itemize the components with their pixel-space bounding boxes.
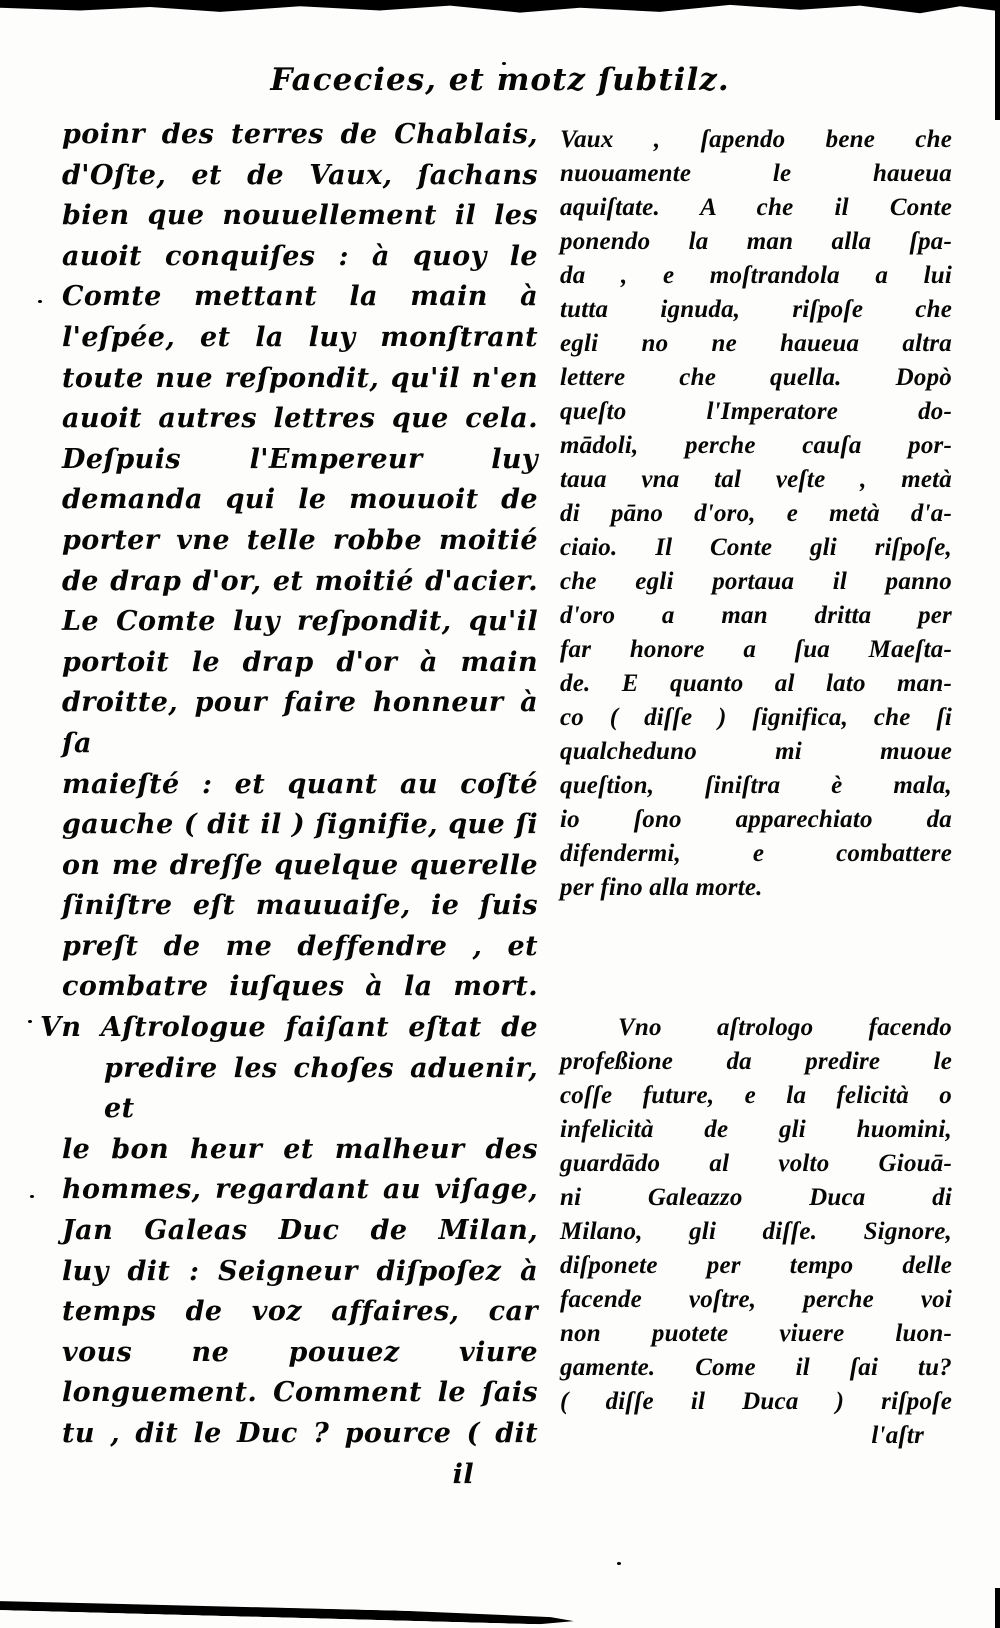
french-text-line: Comte mettant la main à [62, 277, 538, 318]
italian-lines: Vaux , ſapendo bene che nuouamente le ha… [560, 123, 952, 1419]
italian-text-line: coſſe future, e la felicità o [560, 1079, 952, 1113]
italian-text-line: di pāno d'oro, e metà d'a- [560, 497, 952, 531]
french-text-line: demanda qui le mouuoit de [62, 480, 538, 521]
italian-text-line: far honore a ſua Maeſta- [560, 633, 952, 667]
italian-text-line: guardādo al volto Giouā- [560, 1147, 952, 1181]
italian-text-line: aquiſtate. A che il Conte [560, 191, 952, 225]
ink-speck [617, 1562, 621, 1565]
italian-text-line: co ( diſſe ) ſignifica, che ſi [560, 701, 952, 735]
french-text-line: tu , dit le Duc ? pource ( dit [62, 1414, 538, 1455]
scan-right-edge-artifact-bottom [995, 1588, 1000, 1628]
scan-bottom-streak-artifact [0, 1600, 574, 1625]
french-text-line: auoit autres lettres que cela. [62, 399, 538, 440]
italian-text-line: qualcheduno mi muoue [560, 735, 952, 769]
italian-text-line: Milano, gli diſſe. Signore, [560, 1215, 952, 1249]
italian-text-line: queſtion, ſiniſtra è mala, [560, 769, 952, 803]
italian-text-line: egli no ne haueua altra [560, 327, 952, 361]
french-text-line: maieſté : et quant au coſté [62, 765, 538, 806]
french-text-line: hommes, regardant au viſage, [62, 1170, 538, 1211]
french-text-line: auoit conquiſes : à quoy le [62, 237, 538, 278]
italian-text-line: io ſono apparechiato da [560, 803, 952, 837]
italian-text-line: da , e moſtrandola a lui [560, 259, 952, 293]
french-text-line: longuement. Comment le ſais [62, 1373, 538, 1414]
italian-text-line: profeßione da predire le [560, 1045, 952, 1079]
french-text-line: bien que nouuellement il les [62, 196, 538, 237]
italian-text-line: ( diſſe il Duca ) riſpoſe [560, 1385, 952, 1419]
italian-text-line: Vno aſtrologo facendo [560, 1011, 952, 1045]
scan-top-edge-artifact [0, 0, 1000, 14]
french-text-line: temps de voz affaires, car [62, 1292, 538, 1333]
french-text-line: porter vne telle robbe moitié [62, 521, 538, 562]
french-lines: poinr des terres de Chablais, d'Oſte, et… [62, 115, 538, 1455]
italian-text-line: mādoli, perche cauſa por- [560, 429, 952, 463]
french-text-line: predire les choſes aduenir, et [62, 1049, 538, 1130]
italian-text-line: queſto l'Imperatore do- [560, 395, 952, 429]
french-text-line: Deſpuis l'Empereur luy [62, 440, 538, 481]
french-text-line: poinr des terres de Chablais, [62, 115, 538, 156]
italian-text-line: infelicità de gli huomini, [560, 1113, 952, 1147]
italian-column: Vaux , ſapendo bene che nuouamente le ha… [560, 115, 952, 1453]
italian-text-line: gamente. Come il ſai tu? [560, 1351, 952, 1385]
italian-text-line: tutta ignuda, riſpoſe che [560, 293, 952, 327]
scan-right-edge-artifact-top [995, 0, 1000, 120]
french-text-line: vous ne pouuez viure [62, 1333, 538, 1374]
french-text-line: gauche ( dit il ) ſignifie, que ſi [62, 805, 538, 846]
french-text-line: Le Comte luy reſpondit, qu'il [62, 602, 538, 643]
italian-text-line: taua vna tal veſte , metà [560, 463, 952, 497]
french-text-line: combatre iuſques à la mort. [62, 967, 538, 1008]
french-text-line: ſiniſtre eſt mauuaiſe, ie ſuis [62, 886, 538, 927]
ink-speck [502, 62, 506, 65]
french-text-line: d'Oſte, et de Vaux, ſachans [62, 156, 538, 197]
french-text-line: l'eſpée, et la luy monſtrant [62, 318, 538, 359]
italian-text-line: Vaux , ſapendo bene che [560, 123, 952, 157]
french-text-line: on me dreſſe quelque querelle [62, 846, 538, 887]
italian-text-line: diſponete per tempo delle [560, 1249, 952, 1283]
italian-text-line: difendermi, e combattere [560, 837, 952, 871]
italian-text-line: per fino alla morte. [560, 871, 952, 905]
ink-speck [38, 300, 42, 303]
french-text-line: droitte, pour faire honneur à ſa [62, 683, 538, 764]
ink-speck [28, 1020, 32, 1023]
book-page-scan: Facecies, et motz ſubtilz. poinr des ter… [0, 0, 1000, 1628]
french-text-line: toute nue reſpondit, qu'il n'en [62, 359, 538, 400]
french-text-line: Vn Aſtrologue faiſant eſtat de [40, 1008, 538, 1049]
french-catchword: il [62, 1455, 538, 1496]
italian-text-line: d'oro a man dritta per [560, 599, 952, 633]
italian-text-line: de. E quanto al lato man- [560, 667, 952, 701]
french-text-line: Jan Galeas Duc de Milan, [62, 1211, 538, 1252]
french-text-line: preſt de me deffendre , et [62, 927, 538, 968]
running-title: Facecies, et motz ſubtilz. [0, 62, 1000, 98]
french-column: poinr des terres de Chablais, d'Oſte, et… [62, 115, 538, 1495]
italian-text-line: che egli portaua il panno [560, 565, 952, 599]
ink-speck [30, 1195, 34, 1198]
french-text-line: luy dit : Seigneur diſpoſez à [62, 1252, 538, 1293]
french-text-line: le bon heur et malheur des [62, 1130, 538, 1171]
italian-text-line [560, 905, 952, 1011]
french-text-line: portoit le drap d'or à main [62, 643, 538, 684]
italian-text-line: ponendo la man alla ſpa- [560, 225, 952, 259]
italian-text-line: nuouamente le haueua [560, 157, 952, 191]
italian-text-line: non puotete viuere luon- [560, 1317, 952, 1351]
italian-text-line: lettere che quella. Dopò [560, 361, 952, 395]
italian-catchword: l'aſtr [560, 1419, 952, 1453]
italian-text-line: facende voſtre, perche voi [560, 1283, 952, 1317]
italian-text-line: ni Galeazzo Duca di [560, 1181, 952, 1215]
italian-text-line: ciaio. Il Conte gli riſpoſe, [560, 531, 952, 565]
french-text-line: de drap d'or, et moitié d'acier. [62, 562, 538, 603]
text-columns: poinr des terres de Chablais, d'Oſte, et… [62, 115, 952, 1495]
